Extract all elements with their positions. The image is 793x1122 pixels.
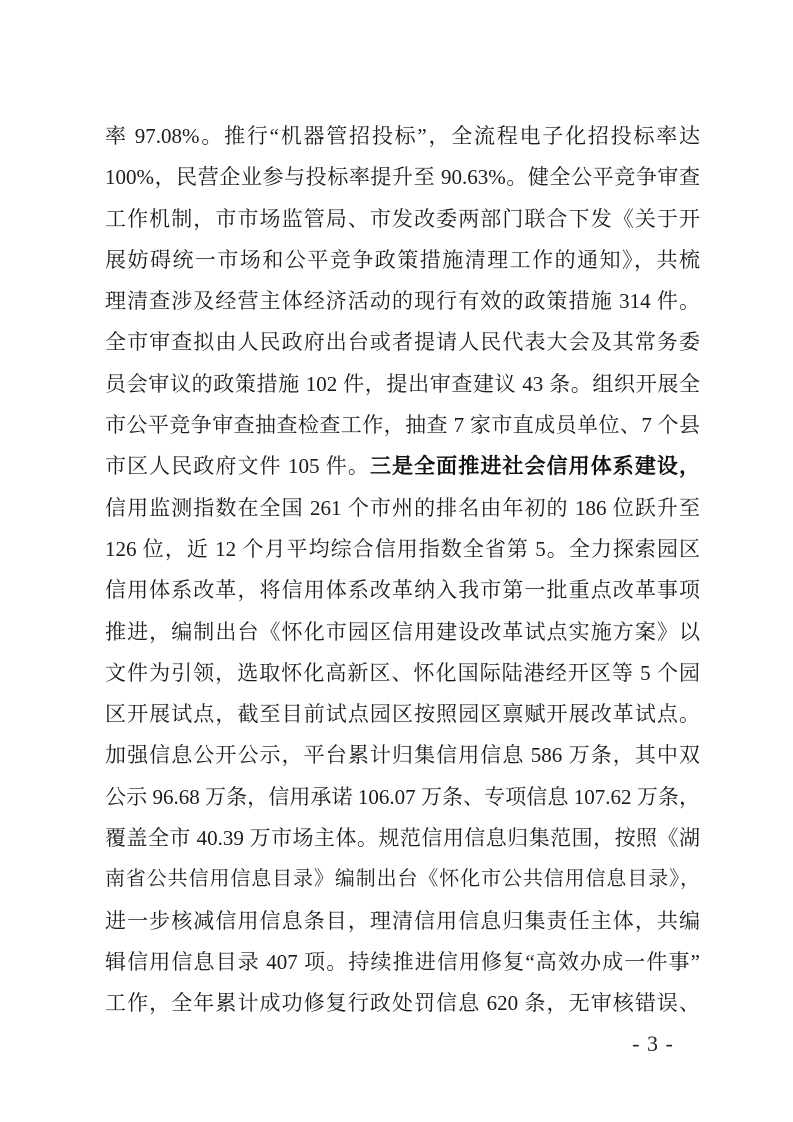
line-text: 加强信息公开公示，平台累计归集信用信息 586 万条，其中双 [105,743,700,767]
line-text: 公示 96.68 万条，信用承诺 106.07 万条、专项信息 107.62 万… [105,785,700,809]
line-text: 信用监测指数在全国 261 个市州的排名由年初的 186 位跃升至 [105,496,700,520]
line-text: 覆盖全市 40.39 万市场主体。规范信用信息归集范围，按照《湖 [105,826,700,850]
text-line: 率 97.08%。推行“机器管招投标”，全流程电子化招投标率达 [105,116,700,157]
text-line: 全市审查拟由人民政府出台或者提请人民代表大会及其常务委 [105,322,700,363]
text-line: 员会审议的政策措施 102 件，提出审查建议 43 条。组织开展全 [105,364,700,405]
line-text: 126 位，近 12 个月平均综合信用指数全省第 5。全力探索园区 [105,537,700,561]
line-text: 员会审议的政策措施 102 件，提出审查建议 43 条。组织开展全 [105,372,700,396]
text-line: 126 位，近 12 个月平均综合信用指数全省第 5。全力探索园区 [105,529,700,570]
text-line: 展妨碍统一市场和公平竞争政策措施清理工作的通知》，共梳 [105,240,700,281]
line-text: 市公平竞争审查抽查检查工作，抽查 7 家市直成员单位、7 个县 [105,413,700,437]
line-text: 推进，编制出台《怀化市园区信用建设改革试点实施方案》以 [105,620,700,644]
text-line: 文件为引领，选取怀化高新区、怀化国际陆港经开区等 5 个园 [105,653,700,694]
document-page: 率 97.08%。推行“机器管招投标”，全流程电子化招投标率达 100%，民营企… [0,0,793,1122]
line-text: 全市审查拟由人民政府出台或者提请人民代表大会及其常务委 [105,330,700,354]
section-heading-inline: 三是全面推进社会信用体系建设， [370,454,700,478]
body-text: 率 97.08%。推行“机器管招投标”，全流程电子化招投标率达 100%，民营企… [105,116,700,1025]
text-line: 推进，编制出台《怀化市园区信用建设改革试点实施方案》以 [105,612,700,653]
text-line: 信用监测指数在全国 261 个市州的排名由年初的 186 位跃升至 [105,488,700,529]
line-text: 市区人民政府文件 105 件。 [105,454,370,478]
line-text: 工作，全年累计成功修复行政处罚信息 620 条，无审核错误、 [105,991,700,1015]
line-text: 区开展试点，截至目前试点园区按照园区禀赋开展改革试点。 [105,702,700,726]
line-text: 辑信用信息目录 407 项。持续推进信用修复“高效办成一件事” [105,950,700,974]
text-line: 市公平竞争审查抽查检查工作，抽查 7 家市直成员单位、7 个县 [105,405,700,446]
text-line: 信用体系改革，将信用体系改革纳入我市第一批重点改革事项 [105,570,700,611]
line-text: 率 97.08%。推行“机器管招投标”，全流程电子化招投标率达 [105,124,700,148]
line-text: 南省公共信用信息目录》编制出台《怀化市公共信用信息目录》， [105,868,700,890]
line-text: 理清查涉及经营主体经济活动的现行有效的政策措施 314 件。 [105,289,700,313]
text-line: 辑信用信息目录 407 项。持续推进信用修复“高效办成一件事” [105,942,700,983]
text-line: 加强信息公开公示，平台累计归集信用信息 586 万条，其中双 [105,735,700,776]
text-line: 区开展试点，截至目前试点园区按照园区禀赋开展改革试点。 [105,694,700,735]
text-line: 工作机制，市市场监管局、市发改委两部门联合下发《关于开 [105,199,700,240]
text-line: 公示 96.68 万条，信用承诺 106.07 万条、专项信息 107.62 万… [105,777,700,818]
line-text: 展妨碍统一市场和公平竞争政策措施清理工作的通知》，共梳 [105,248,700,272]
line-text: 进一步核减信用信息条目，理清信用信息归集责任主体，共编 [105,909,700,933]
text-line: 南省公共信用信息目录》编制出台《怀化市公共信用信息目录》， [105,859,700,900]
line-text: 文件为引领，选取怀化高新区、怀化国际陆港经开区等 5 个园 [105,661,700,685]
line-text: 工作机制，市市场监管局、市发改委两部门联合下发《关于开 [105,207,700,231]
line-text: 信用体系改革，将信用体系改革纳入我市第一批重点改革事项 [105,578,700,602]
line-text: 100%，民营企业参与投标率提升至 90.63%。健全公平竞争审查 [105,165,700,189]
text-line: 理清查涉及经营主体经济活动的现行有效的政策措施 314 件。 [105,281,700,322]
text-line: 工作，全年累计成功修复行政处罚信息 620 条，无审核错误、 [105,983,700,1024]
page-number: - 3 - [618,1031,688,1057]
text-line: 覆盖全市 40.39 万市场主体。规范信用信息归集范围，按照《湖 [105,818,700,859]
text-line: 100%，民营企业参与投标率提升至 90.63%。健全公平竞争审查 [105,157,700,198]
text-line-with-heading: 市区人民政府文件 105 件。三是全面推进社会信用体系建设， [105,446,700,487]
text-line: 进一步核减信用信息条目，理清信用信息归集责任主体，共编 [105,901,700,942]
